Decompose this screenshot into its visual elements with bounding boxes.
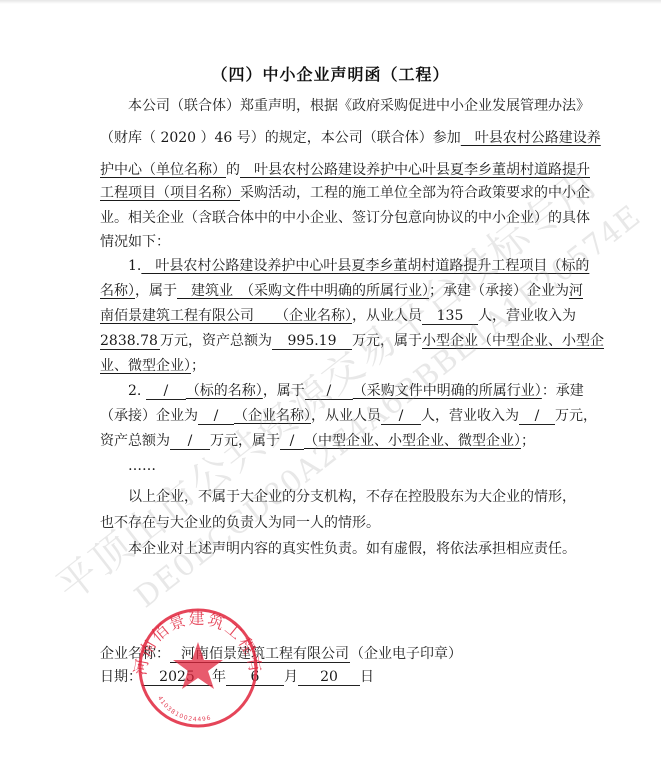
intro-text-1: 本公司（联合体）郑重声明，根据《政府采购促进中小企业发展管理办法》 [128, 98, 590, 114]
item1-revenue-field: 2838.78 [100, 333, 160, 350]
company-suffix: （企业电子印章） [350, 646, 462, 662]
item1-contractor-field-cont: 南佰景建筑工程有限公司 （企业名称） [100, 308, 352, 324]
item2-contractor-field: / [198, 408, 234, 425]
item1-employees-unit: 人，营业收入为 [478, 308, 576, 324]
date-label: 日期： [100, 669, 142, 685]
item1-assets-unit: 万元，属于 [352, 333, 422, 349]
item2-contractor-suffix: （企业名称） [234, 408, 311, 424]
statement-1-line-2: 也不存在与大企业的负责人为同一人的情形。 [100, 514, 580, 532]
item2-number: 2. [128, 383, 141, 399]
intro-line-5: 业。相关企业（含联合体中的中小企业、签订分包意向协议的中小企业）的具体 [100, 209, 580, 227]
item2-size-suffix: （中型企业、小型企业、微型企业） [304, 433, 521, 449]
item2-belongs-label: ，属于 [263, 383, 305, 399]
item1-line-2: 名称），属于 建筑业 （采购文件中明确的所属行业）；承建（承接）企业为河 [100, 282, 580, 300]
item1-line-5: 业、微型企业）； [100, 357, 580, 375]
signature-date-row: 日期：2025年6月20日 [100, 668, 374, 686]
item2-assets-label: 资产总额为 [100, 433, 170, 449]
item1-contractor-label: ；承建（承接）企业为 [429, 283, 569, 299]
company-name-field: 河南佰景建筑工程有限公司 [170, 646, 350, 663]
item2-end: ； [521, 433, 535, 449]
company-seal-icon: 河南佰景建筑工程有限公司 4103810024496 [118, 598, 278, 728]
intro-text-2: （财库（ 2020 ）46 号）的规定，本公司（联合体）参加 [100, 130, 461, 146]
ellipsis: …… [128, 457, 608, 475]
item2-subject-suffix: （标的名称） [186, 383, 263, 399]
date-month-field: 6 [226, 669, 284, 686]
item2-revenue-field: / [519, 408, 555, 425]
intro-text-3: 的 [226, 162, 240, 178]
intro-text-5: 业。相关企业（含联合体中的中小企业、签订分包意向协议的中小企业）的具体 [100, 210, 590, 226]
item1-size-field-cont: 业、微型企业） [100, 358, 191, 374]
item2-industry-suffix: （采购文件中明确的所属行业） [353, 383, 542, 399]
item1-line-4: 2838.78万元，资产总额为995.19万元，属于小型企业（中型企业、小型企 [100, 332, 580, 350]
item2-size-field: / [280, 433, 304, 450]
item2-line-1: 2. /（标的名称），属于/（采购文件中明确的所属行业）：承建 [128, 382, 608, 400]
statement-1-line-1: 以上企业，不属于大企业的分支机构，不存在控股股东为大企业的情形， [128, 488, 608, 506]
document-page: （四）中小企业声明函（工程） 本公司（联合体）郑重声明，根据《政府采购促进中小企… [0, 0, 661, 766]
item1-assets-field: 995.19 [272, 333, 352, 350]
item1-employees-field: 135 [422, 308, 478, 325]
item1-belongs-label: ，属于 [135, 283, 177, 299]
page-title: （四）中小企业声明函（工程） [0, 62, 661, 85]
item1-subject-name-cont: 名称） [100, 283, 135, 299]
signature-company-row: 企业名称：河南佰景建筑工程有限公司（企业电子印章） [100, 645, 462, 663]
item2-assets-unit: 万元，属于 [210, 433, 280, 449]
item1-subject-name: 叶县农村公路建设养护中心叶县夏李乡董胡村道路提升工程项目（标的 [141, 258, 589, 274]
intro-line-4: 工程项目（项目名称）采购活动，工程的施工单位全部为符合政策要求的中小企 [100, 184, 580, 202]
item1-contractor-field: 河 [569, 283, 583, 299]
intro-line-1: 本公司（联合体）郑重声明，根据《政府采购促进中小企业发展管理办法》 [100, 97, 552, 115]
intro-line-3: 护中心（单位名称）的 叶县农村公路建设养护中心叶县夏李乡董胡村道路提升 [100, 161, 580, 179]
date-year-field: 2025 [142, 669, 212, 686]
item1-employees-label: ，从业人员 [352, 308, 422, 324]
unit-name-field-cont: 护中心（单位名称） [100, 162, 226, 178]
company-label: 企业名称： [100, 646, 170, 662]
item2-employees-unit: 人，营业收入为 [421, 408, 519, 424]
item1-size-field: 小型企业（中型企业、小型企 [422, 333, 604, 349]
item1-industry-field: 建筑业 （采购文件中明确的所属行业） [177, 283, 429, 299]
item1-revenue-unit: 万元，资产总额为 [160, 333, 272, 349]
date-day-unit: 日 [360, 669, 374, 685]
intro-text-6: 情况如下： [100, 234, 170, 250]
item2-subject-field: / [146, 383, 186, 400]
project-name-field-cont: 工程项目（项目名称） [100, 185, 240, 201]
date-year-unit: 年 [212, 669, 226, 685]
unit-name-field: 叶县农村公路建设养 [461, 130, 601, 146]
item2-line-2: （承接）企业为/（企业名称），从业人员/人，营业收入为/万元， [100, 407, 580, 425]
item1-line-1: 1. 叶县农村公路建设养护中心叶县夏李乡董胡村道路提升工程项目（标的 [128, 257, 608, 275]
item2-contractor-label-a: ：承建 [542, 383, 584, 399]
item2-line-3: 资产总额为/万元，属于/（中型企业、小型企业、微型企业）； [100, 432, 580, 450]
svg-text:4103810024496: 4103810024496 [156, 695, 212, 723]
item2-revenue-unit: 万元， [555, 408, 597, 424]
item2-employees-field: / [381, 408, 421, 425]
item2-industry-field: / [305, 383, 353, 400]
item1-number: 1. [128, 258, 141, 274]
date-month-unit: 月 [284, 669, 298, 685]
project-name-field: 叶县农村公路建设养护中心叶县夏李乡董胡村道路提升 [240, 162, 590, 178]
date-day-field: 20 [298, 669, 360, 686]
statement-2: 本企业对上述声明内容的真实性负责。如有虚假，将依法承担相应责任。 [128, 540, 608, 558]
intro-line-6: 情况如下： [100, 233, 580, 251]
item2-employees-label: ，从业人员 [311, 408, 381, 424]
item1-line-3: 南佰景建筑工程有限公司 （企业名称），从业人员135人，营业收入为 [100, 307, 580, 325]
svg-text:河南佰景建筑工程有限公司: 河南佰景建筑工程有限公司 [118, 598, 265, 677]
item2-assets-field: / [170, 433, 210, 450]
intro-line-2: （财库（ 2020 ）46 号）的规定，本公司（联合体）参加 叶县农村公路建设养 [100, 129, 580, 147]
item1-end: ； [191, 358, 205, 374]
intro-text-4: 采购活动，工程的施工单位全部为符合政策要求的中小企 [240, 185, 590, 201]
item2-contractor-label-b: （承接）企业为 [100, 408, 198, 424]
